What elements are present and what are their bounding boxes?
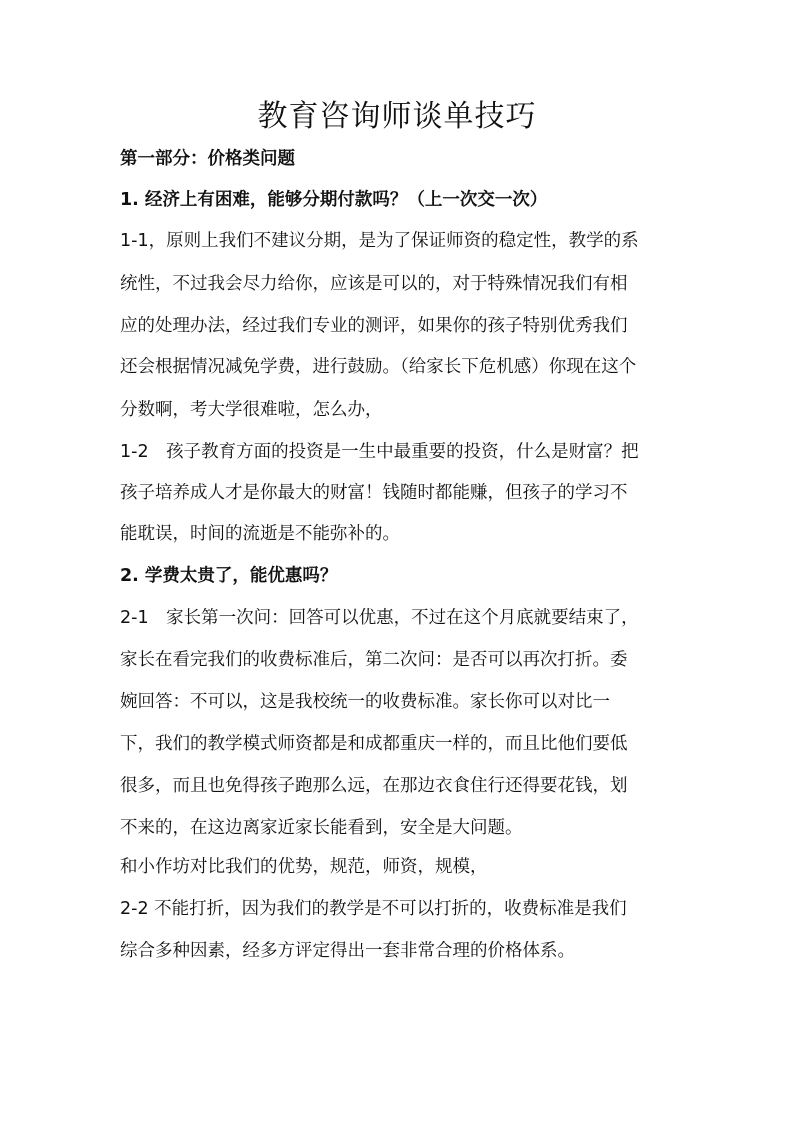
paragraph-line: 应的处理办法，经过我们专业的测评，如果你的孩子特别优秀我们 [120,314,628,338]
paragraph-line: 2-2 不能打折，因为我们的教学是不可以打折的，收费标准是我们 [120,897,627,921]
document-title: 教育咨询师谈单技巧 [0,97,794,137]
question-heading: 2. 学费太贵了，能优惠吗？ [120,564,337,588]
document-page: 教育咨询师谈单技巧 第一部分：价格类问题 1. 经济上有困难，能够分期付款吗？（… [0,0,794,1123]
question-heading: 1. 经济上有困难，能够分期付款吗？（上一次交一次） [120,188,547,212]
paragraph-line: 统性，不过我会尽力给你，应该是可以的，对于特殊情况我们有相 [120,272,628,296]
paragraph-line: 2-1 家长第一次问：回答可以优惠，不过在这个月底就要结束了， [120,606,639,630]
paragraph-line: 和小作坊对比我们的优势，规范，师资，规模， [120,855,488,879]
paragraph-line: 1-2 孩子教育方面的投资是一生中最重要的投资，什么是财富？把 [120,440,639,464]
paragraph-line: 下，我们的教学模式师资都是和成都重庆一样的，而且比他们要低 [120,732,628,756]
paragraph-line: 孩子培养成人才是你最大的财富！钱随时都能赚，但孩子的学习不 [120,481,628,505]
paragraph-line: 分数啊，考大学很难啦，怎么办， [120,398,383,422]
paragraph-line: 还会根据情况减免学费，进行鼓励。（给家长下危机感）你现在这个 [120,355,636,379]
paragraph-line: 家长在看完我们的收费标准后，第二次问：是否可以再次打折。委 [120,648,628,672]
paragraph-line: 不来的，在这边离家近家长能看到，安全是大问题。 [120,816,523,840]
paragraph-line: 综合多种因素，经多方评定得出一套非常合理的价格体系。 [120,939,575,963]
section-heading: 第一部分：价格类问题 [120,147,295,171]
paragraph-line: 婉回答：不可以，这是我校统一的收费标准。家长你可以对比一 [120,690,610,714]
paragraph-line: 能耽误，时间的流逝是不能弥补的。 [120,522,400,546]
paragraph-line: 很多，而且也免得孩子跑那么远，在那边衣食住行还得要花钱，划 [120,774,628,798]
paragraph-line: 1-1，原则上我们不建议分期，是为了保证师资的稳定性，教学的系 [120,229,639,253]
